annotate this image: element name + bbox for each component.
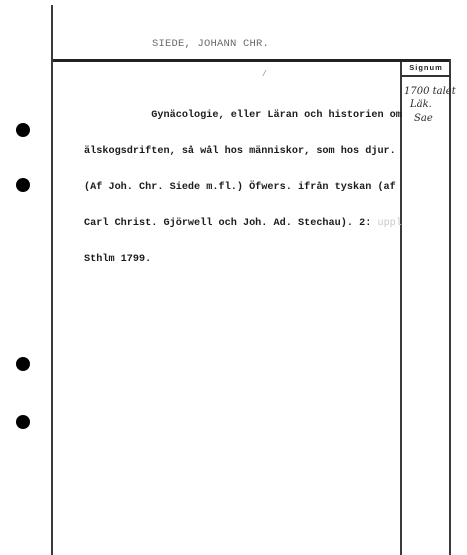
- entry-line: Sthlm 1799.: [84, 254, 396, 266]
- punch-hole: [16, 357, 30, 371]
- bibliographic-entry: Gynäcologie, eller Läran och historien o…: [84, 86, 396, 290]
- signum-label: Signum: [402, 63, 450, 72]
- signum-left-rule: [400, 62, 402, 555]
- entry-line-text: Carl Christ. Gjörwell och Joh. Ad. Stech…: [84, 218, 371, 229]
- punch-hole: [16, 178, 30, 192]
- signum-note: Sae: [414, 113, 460, 124]
- entry-line: Carl Christ. Gjörwell och Joh. Ad. Stech…: [84, 218, 396, 230]
- left-margin-rule: [51, 5, 53, 555]
- signum-note: Läk.: [410, 99, 456, 110]
- signum-right-rule: [449, 59, 451, 555]
- pencil-mark: /: [262, 70, 267, 79]
- catalog-card: SIEDE, JOHANN CHR. Signum 1700 talet Läk…: [0, 0, 467, 555]
- signum-header-rule: [401, 75, 450, 77]
- faded-text: uppl: [371, 218, 402, 229]
- entry-line: (Af Joh. Chr. Siede m.fl.) Öfwers. ifrån…: [84, 182, 396, 194]
- heading-rule: [53, 59, 451, 62]
- entry-line: Gynäcologie, eller Läran och historien o…: [84, 110, 396, 122]
- entry-line: älskogsdriften, så wål hos människor, so…: [84, 146, 396, 158]
- punch-hole: [16, 123, 30, 137]
- card-heading: SIEDE, JOHANN CHR.: [152, 38, 269, 50]
- punch-hole: [16, 415, 30, 429]
- signum-note: 1700 talet: [404, 86, 450, 97]
